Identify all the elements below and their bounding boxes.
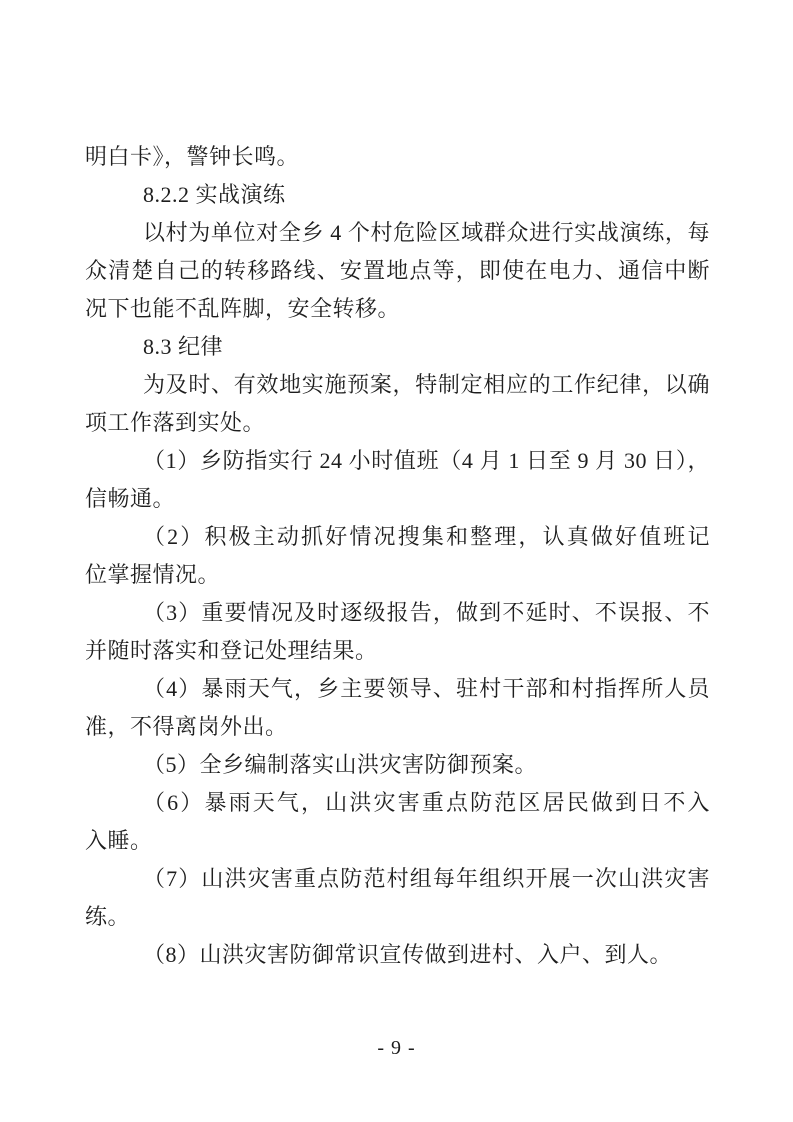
section-heading-8-3: 8.3 纪律 xyxy=(85,328,710,366)
rule-1-line-1: （1）乡防指实行 24 小时值班（4 月 1 日至 9 月 30 日），确保通 xyxy=(85,442,710,480)
rule-2-line-1: （2）积极主动抓好情况搜集和整理，认真做好值班记录，全方 xyxy=(85,518,710,556)
page-number: - 9 - xyxy=(0,1034,793,1062)
rule-7-line-1: （7）山洪灾害重点防范村组每年组织开展一次山洪灾害避灾演 xyxy=(85,860,710,898)
section-heading-8-2-2: 8.2.2 实战演练 xyxy=(85,176,710,214)
discipline-intro-line-1: 为及时、有效地实施预案，特制定相应的工作纪律，以确保各 xyxy=(85,366,710,404)
rule-4-line-2: 准，不得离岗外出。 xyxy=(85,708,710,746)
document-page: 明白卡》，警钟长鸣。 8.2.2 实战演练 以村为单位对全乡 4 个村危险区域群… xyxy=(0,0,793,1122)
rule-8-line-1: （8）山洪灾害防御常识宣传做到进村、入户、到人。 xyxy=(85,936,710,974)
rule-6-line-2: 入睡。 xyxy=(85,822,710,860)
rule-5-line-1: （5）全乡编制落实山洪灾害防御预案。 xyxy=(85,746,710,784)
rule-7-line-2: 练。 xyxy=(85,898,710,936)
drill-paragraph-line-2: 众清楚自己的转移路线、安置地点等，即使在电力、通信中断的情 xyxy=(85,252,710,290)
document-body: 明白卡》，警钟长鸣。 8.2.2 实战演练 以村为单位对全乡 4 个村危险区域群… xyxy=(85,138,710,974)
rule-4-line-1: （4）暴雨天气，乡主要领导、驻村干部和村指挥所人员未经批 xyxy=(85,670,710,708)
rule-6-line-1: （6）暴雨天气，山洪灾害重点防范区居民做到日不入户，夜不 xyxy=(85,784,710,822)
rule-2-line-2: 位掌握情况。 xyxy=(85,556,710,594)
rule-1-line-2: 信畅通。 xyxy=(85,480,710,518)
discipline-intro-line-2: 项工作落到实处。 xyxy=(85,404,710,442)
drill-paragraph-line-3: 况下也能不乱阵脚，安全转移。 xyxy=(85,290,710,328)
rule-3-line-2: 并随时落实和登记处理结果。 xyxy=(85,632,710,670)
drill-paragraph-line-1: 以村为单位对全乡 4 个村危险区域群众进行实战演练，每位群 xyxy=(85,214,710,252)
rule-3-line-1: （3）重要情况及时逐级报告，做到不延时、不误报、不漏报， xyxy=(85,594,710,632)
paragraph-continuation-line: 明白卡》，警钟长鸣。 xyxy=(85,138,710,176)
